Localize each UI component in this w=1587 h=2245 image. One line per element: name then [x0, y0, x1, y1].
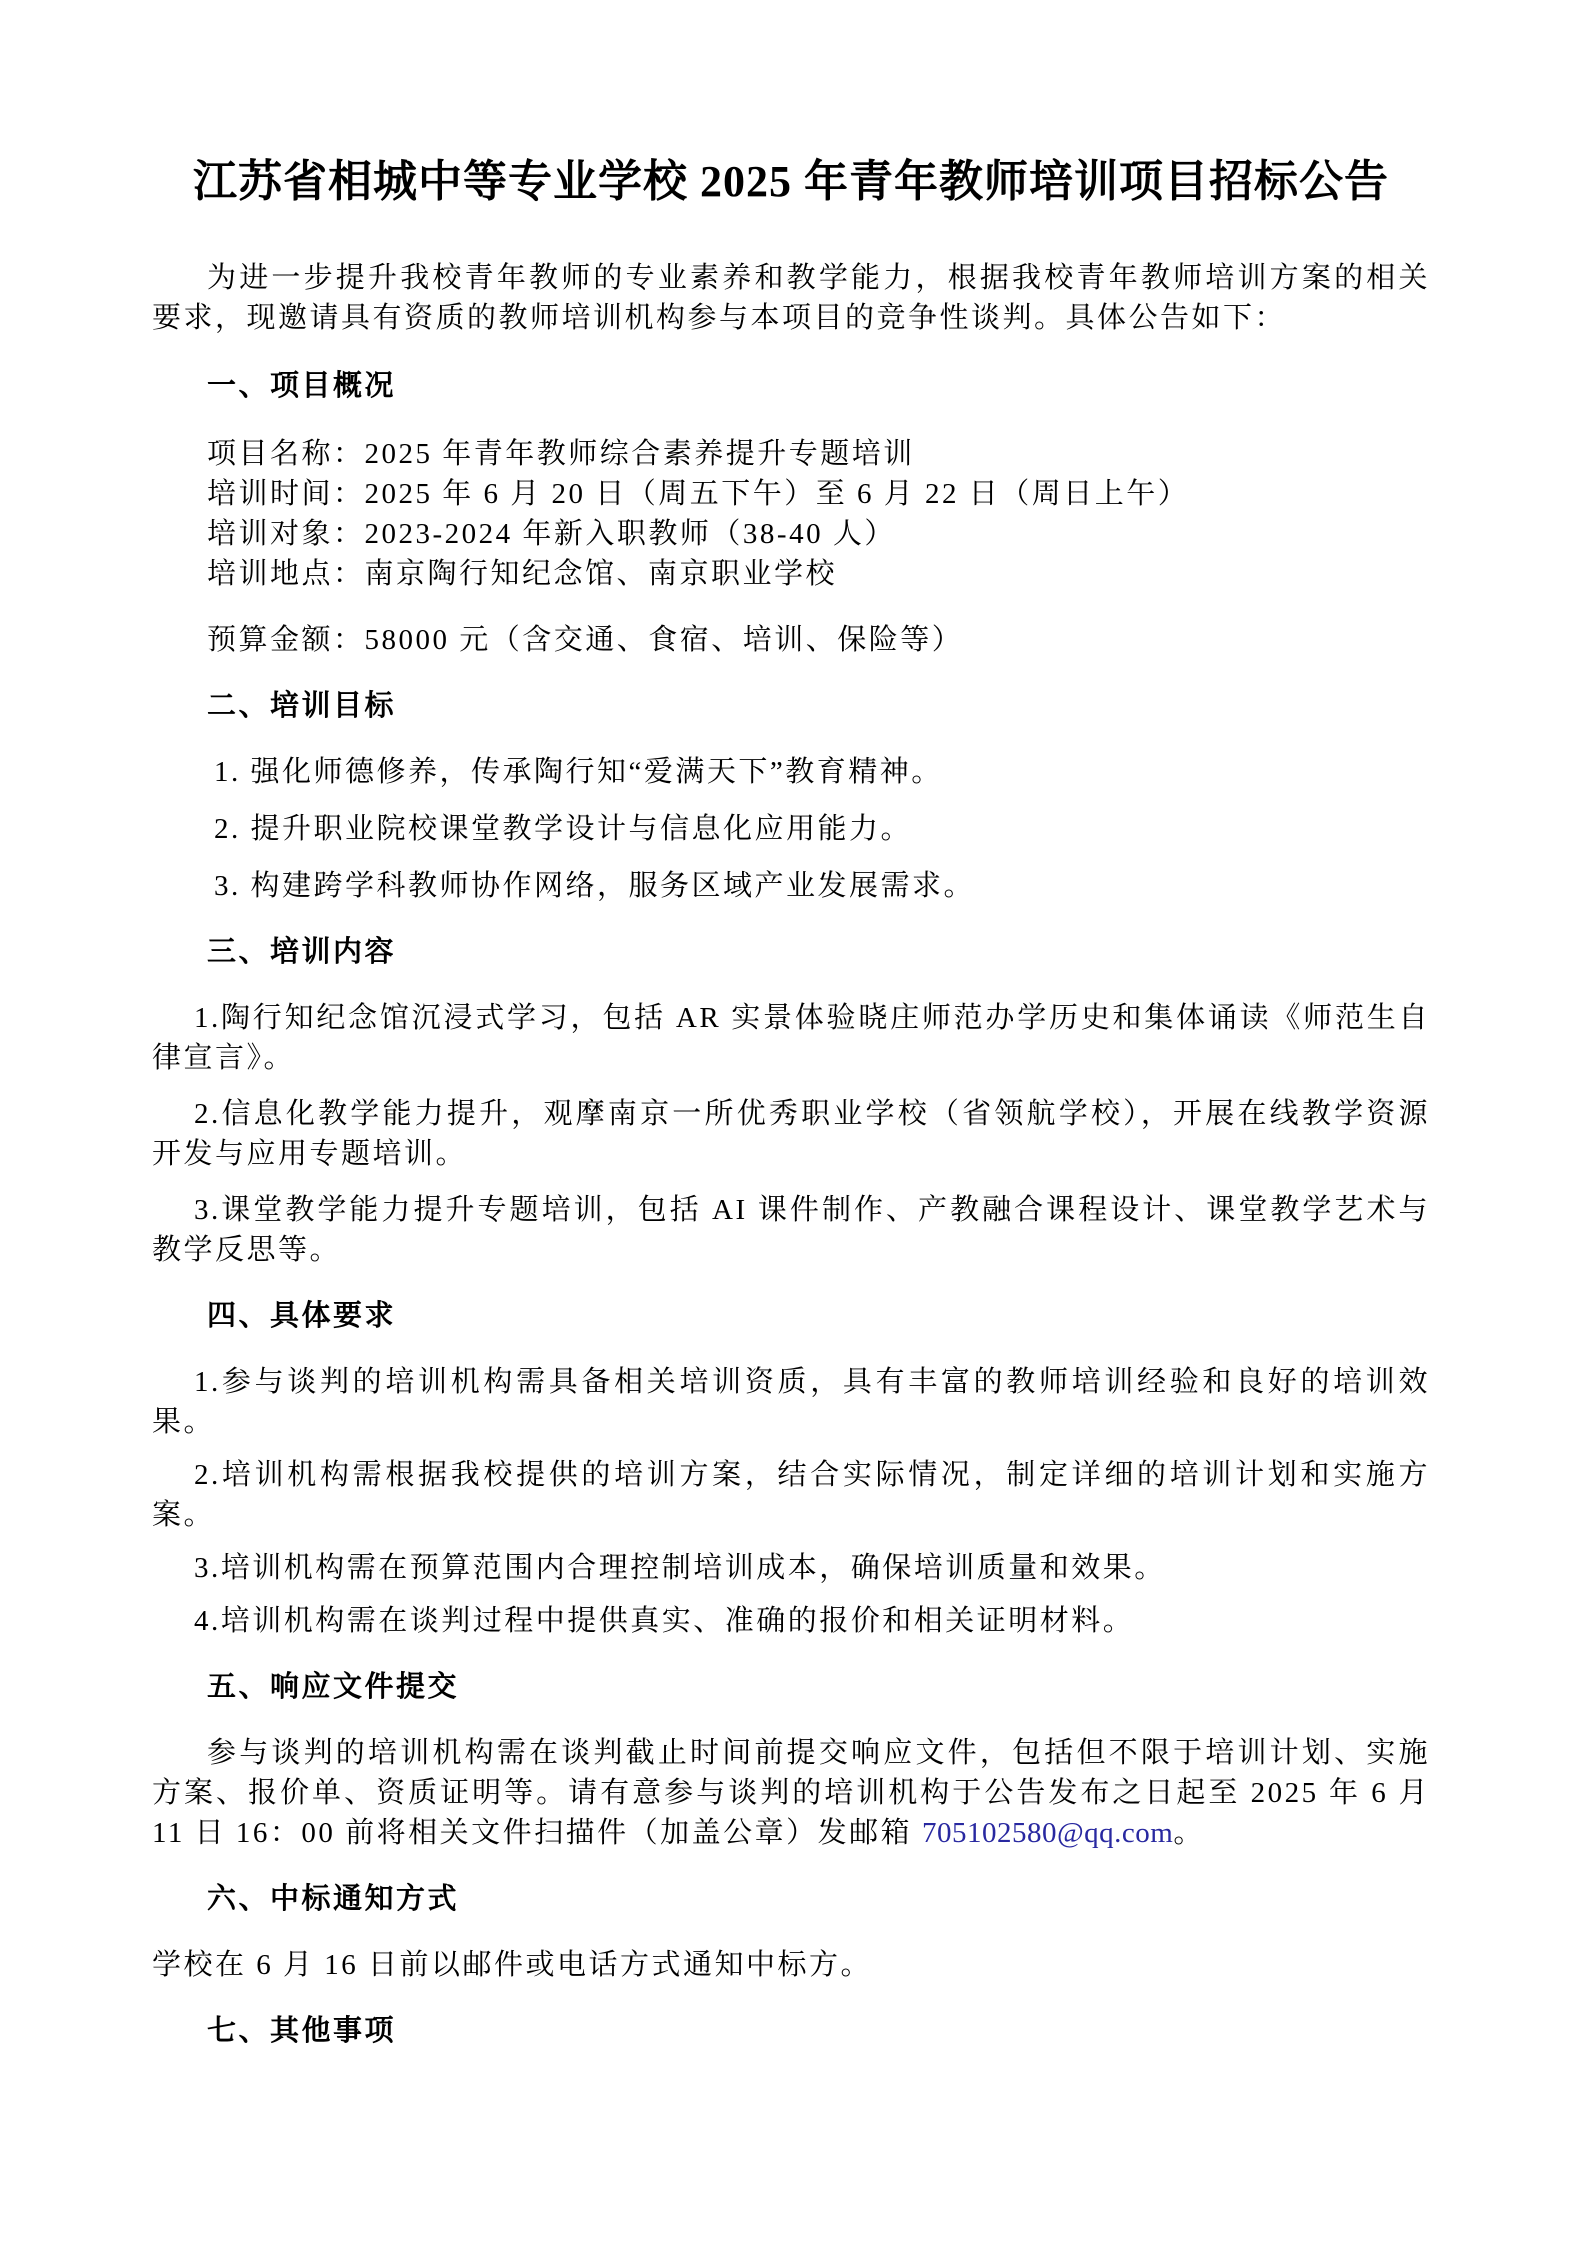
- field-training-target: 培训对象：2023-2024 年新入职教师（38-40 人）: [152, 514, 1430, 554]
- submission-text-after: 。: [1173, 1817, 1205, 1849]
- section-heading-other: 七、其他事项: [152, 2011, 1430, 2051]
- field-budget: 预算金额：58000 元（含交通、食宿、培训、保险等）: [152, 620, 1430, 660]
- section-heading-goals: 二、培训目标: [152, 686, 1430, 726]
- content-item-1: 1.陶行知纪念馆沉浸式学习，包括 AR 实景体验晓庄师范办学历史和集体诵读《师范…: [152, 998, 1430, 1078]
- goal-item-3: 3. 构建跨学科教师协作网络，服务区域产业发展需求。: [152, 866, 1430, 906]
- field-project-name: 项目名称：2025 年青年教师综合素养提升专题培训: [152, 434, 1430, 474]
- submission-paragraph: 参与谈判的培训机构需在谈判截止时间前提交响应文件，包括但不限于培训计划、实施方案…: [152, 1733, 1430, 1853]
- requirement-item-2: 2.培训机构需根据我校提供的培训方案，结合实际情况，制定详细的培训计划和实施方案…: [152, 1455, 1430, 1535]
- requirement-item-1: 1.参与谈判的培训机构需具备相关培训资质，具有丰富的教师培训经验和良好的培训效果…: [152, 1362, 1430, 1442]
- document-title: 江苏省相城中等专业学校 2025 年青年教师培训项目招标公告: [152, 150, 1430, 214]
- section-heading-overview: 一、项目概况: [152, 366, 1430, 406]
- content-item-2: 2.信息化教学能力提升，观摩南京一所优秀职业学校（省领航学校），开展在线教学资源…: [152, 1094, 1430, 1174]
- document-content: 江苏省相城中等专业学校 2025 年青年教师培训项目招标公告 为进一步提升我校青…: [0, 0, 1587, 2051]
- field-training-time: 培训时间：2025 年 6 月 20 日（周五下午）至 6 月 22 日（周日上…: [152, 474, 1430, 514]
- intro-paragraph: 为进一步提升我校青年教师的专业素养和教学能力，根据我校青年教师培训方案的相关要求…: [152, 258, 1430, 338]
- document-page: 江苏省相城中等专业学校 2025 年青年教师培训项目招标公告 为进一步提升我校青…: [0, 0, 1587, 2245]
- goal-item-1: 1. 强化师德修养，传承陶行知“爱满天下”教育精神。: [152, 752, 1430, 792]
- requirement-item-4: 4.培训机构需在谈判过程中提供真实、准确的报价和相关证明材料。: [152, 1601, 1430, 1641]
- section-heading-content: 三、培训内容: [152, 932, 1430, 972]
- requirement-item-3: 3.培训机构需在预算范围内合理控制培训成本，确保培训质量和效果。: [152, 1548, 1430, 1588]
- field-training-location: 培训地点：南京陶行知纪念馆、南京职业学校: [152, 554, 1430, 594]
- submission-email-link[interactable]: 705102580@qq.com: [922, 1817, 1173, 1849]
- content-item-3: 3.课堂教学能力提升专题培训，包括 AI 课件制作、产教融合课程设计、课堂教学艺…: [152, 1190, 1430, 1270]
- goal-item-2: 2. 提升职业院校课堂教学设计与信息化应用能力。: [152, 809, 1430, 849]
- section-heading-submission: 五、响应文件提交: [152, 1667, 1430, 1707]
- notification-body: 学校在 6 月 16 日前以邮件或电话方式通知中标方。: [152, 1945, 1430, 1985]
- section-heading-requirements: 四、具体要求: [152, 1296, 1430, 1336]
- submission-text: 参与谈判的培训机构需在谈判截止时间前提交响应文件，包括但不限于培训计划、实施方案…: [152, 1737, 1430, 1849]
- section-heading-notification: 六、中标通知方式: [152, 1879, 1430, 1919]
